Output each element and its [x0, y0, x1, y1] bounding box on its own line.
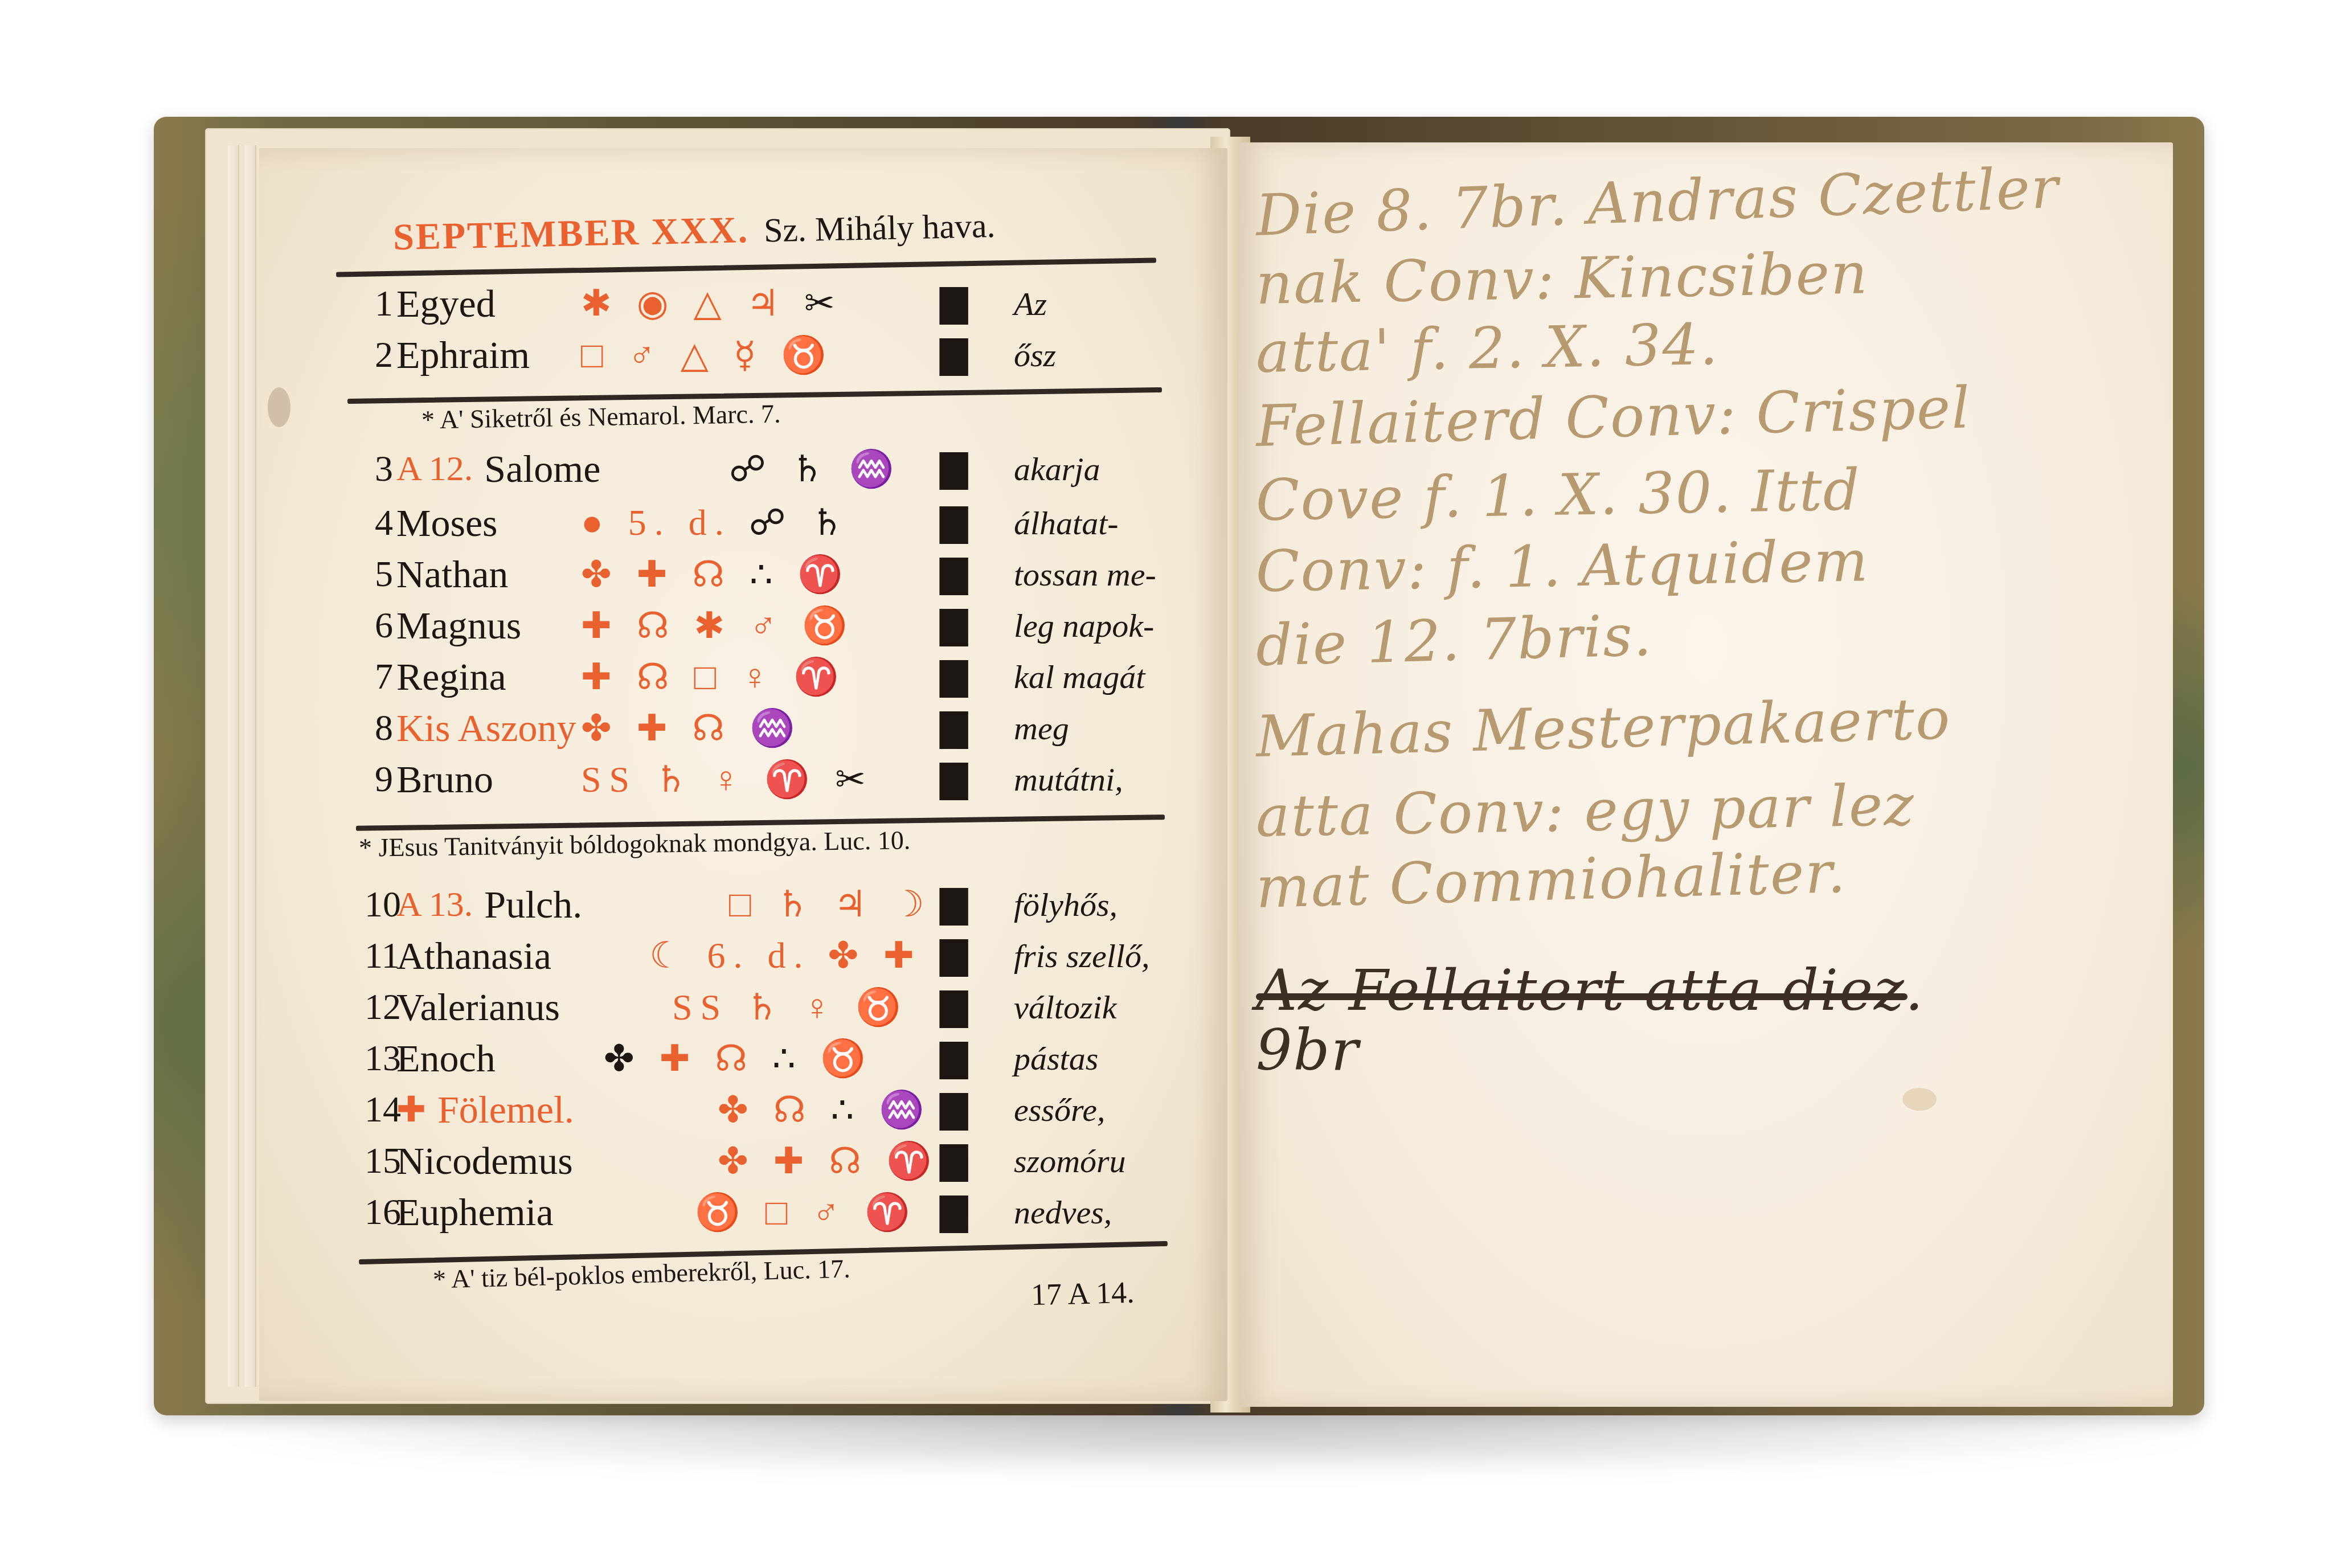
- aries-icon: ♈: [865, 1191, 918, 1234]
- saint-name: Nathan: [396, 552, 508, 597]
- crescent-moon-icon: ☾: [649, 935, 690, 977]
- verse-fragment: szomóru: [1014, 1142, 1126, 1180]
- saint-name: Salome: [484, 447, 600, 492]
- scissors-icon: ✂: [835, 759, 874, 801]
- taurus-icon: ♉: [695, 1191, 748, 1234]
- day-row: 13 Enoch ✤ ✚ ☊ ∴ ♉ ▇ pástas: [365, 1031, 1173, 1086]
- page-edge: [245, 145, 256, 1387]
- handwritten-line: atta Conv: egy par lez: [1255, 772, 1915, 850]
- saint-name: Egyed: [396, 281, 496, 326]
- venus-icon: ♀: [713, 759, 748, 801]
- astro-symbols: ✚ ☊ □ ♀ ♈: [581, 656, 847, 698]
- dots-icon: ∴: [750, 554, 781, 596]
- astro-symbols: ✤ ✚ ☊ ∴ ♉: [604, 1037, 874, 1080]
- node-icon: ☊: [773, 1089, 814, 1131]
- venus-icon: ♀: [741, 656, 776, 698]
- astro-symbols: ✤ ☊ ∴ ♒: [718, 1088, 932, 1131]
- saint-name: Enoch: [396, 1036, 496, 1081]
- full-moon-icon: ●: [581, 502, 611, 544]
- aries-icon: ♈: [886, 1140, 940, 1182]
- cross-icon: ✤: [604, 1038, 642, 1080]
- moon-phase-day: 5. d.: [628, 502, 732, 544]
- node-icon: ☊: [829, 1140, 869, 1182]
- handwritten-line: atta' f. 2. X. 34.: [1255, 311, 1720, 386]
- verse-fragment: tossan me-: [1014, 555, 1156, 593]
- zodiac-figure-icon: ▇: [940, 1088, 973, 1131]
- zodiac-figure-icon: ▇: [940, 883, 973, 926]
- handwritten-line: Conv: f. 1. Atquidem: [1255, 527, 1869, 605]
- verse-fragment: meg: [1014, 709, 1069, 747]
- zodiac-figure-icon: ▇: [940, 707, 973, 749]
- mars-icon: ♂: [628, 334, 664, 376]
- day-row: 7 Regina ✚ ☊ □ ♀ ♈ ▇ kal magát: [365, 649, 1173, 704]
- feast-cross-icon: ✚: [396, 1088, 426, 1131]
- astro-symbols: ✤ ✚ ☊ ∴ ♈: [581, 553, 852, 596]
- day-row: 2 Ephraim □ ♂ △ ☿ ♉ ▇ ősz: [365, 327, 1173, 382]
- handwritten-line: nak Conv: Kincsiben: [1255, 240, 1869, 317]
- saturn-icon: ♄: [776, 883, 817, 926]
- handwritten-line: die 12. 7bris.: [1255, 602, 1653, 679]
- astro-symbols: □ ♂ △ ☿ ♉: [581, 334, 834, 376]
- struck-handwritten-line: Az Fellaitert atta diez.: [1256, 957, 1925, 1024]
- verse-fragment: akarja: [1014, 450, 1100, 488]
- aquarius-icon: ♒: [750, 707, 803, 750]
- verse-fragment: nedves,: [1014, 1193, 1112, 1231]
- taurus-icon: ♉: [821, 1037, 874, 1080]
- day-number: 11: [365, 935, 393, 977]
- moon-quarter-icon: ☽: [891, 883, 932, 926]
- feast-name: Fölemel.: [437, 1087, 574, 1132]
- opposition-icon: ☍: [749, 502, 794, 544]
- saint-name: Bruno: [396, 757, 493, 802]
- page-edge: [228, 145, 239, 1387]
- zodiac-figure-icon: ▇: [940, 1191, 973, 1233]
- saturn-icon: ♄: [746, 986, 786, 1029]
- node-icon: ☊: [637, 605, 677, 647]
- saint-name: Regina: [396, 654, 506, 699]
- day-number: 9: [365, 758, 393, 800]
- day-row: 12 Valerianus SS ♄ ♀ ♉ ▇ változik: [365, 980, 1173, 1034]
- day-number: 12: [365, 986, 393, 1028]
- cross-icon: ✤: [581, 554, 620, 596]
- astro-symbols: SS ♄ ♀ ♈ ✂: [581, 758, 874, 801]
- zodiac-figure-icon: ▇: [940, 935, 973, 977]
- verse-fragment: Az: [1014, 285, 1047, 323]
- taurus-icon: ♉: [781, 334, 834, 376]
- square-aspect-icon: □: [729, 883, 759, 926]
- verse-fragment: ősz: [1014, 336, 1056, 374]
- cross-icon: ✤: [581, 707, 620, 750]
- saint-name: Magnus: [396, 603, 521, 648]
- trine-icon: △: [693, 283, 729, 325]
- cross-icon: ✚: [581, 605, 620, 647]
- catchword: 17 A 14.: [1030, 1275, 1135, 1313]
- day-row: 11 Athanasia ☾ 6. d. ✤ ✚ ▇ fris szellő,: [365, 928, 1173, 983]
- saint-name: Ephraim: [396, 333, 530, 378]
- feast-name: Kis Aszony: [396, 706, 576, 751]
- zodiac-figure-icon: ▇: [940, 334, 973, 376]
- verse-fragment: mutátni,: [1014, 760, 1123, 799]
- zodiac-figure-icon: ▇: [940, 502, 973, 544]
- node-icon: ☊: [637, 656, 677, 698]
- day-row: 5 Nathan ✤ ✚ ☊ ∴ ♈ ▇ tossan me-: [365, 547, 1173, 601]
- zodiac-figure-icon: ▇: [940, 1140, 973, 1182]
- cross-icon: ✚: [581, 656, 620, 698]
- sunday-marker: A 12.: [396, 449, 473, 489]
- day-row: 4 Moses ● 5. d. ☍ ♄ ▇ álhatat-: [365, 496, 1173, 550]
- day-number: 10: [365, 883, 393, 926]
- handwritten-line: Cove f. 1. X. 30. Ittd: [1255, 456, 1861, 534]
- cross-icon: ✚: [637, 554, 676, 596]
- saint-name: Valerianus: [396, 985, 560, 1030]
- aquarius-icon: ♒: [849, 448, 902, 490]
- jupiter-icon: ♃: [747, 283, 787, 325]
- saint-name: Moses: [396, 501, 498, 546]
- day-row: 3 A 12. Salome ☍ ♄ ♒ ▇ akarja: [365, 441, 1173, 496]
- zodiac-figure-icon: ▇: [940, 604, 973, 646]
- handwritten-line: 9br: [1256, 1017, 1359, 1083]
- dots-icon: ∴: [830, 1089, 862, 1131]
- taurus-icon: ♉: [802, 604, 856, 647]
- mars-icon: ♂: [812, 1192, 848, 1234]
- cross-icon: ✚: [773, 1140, 812, 1182]
- cross-icon: ✚: [883, 935, 922, 977]
- day-number: 7: [365, 656, 393, 698]
- verse-fragment: változik: [1014, 988, 1116, 1026]
- trine-icon: △: [681, 334, 717, 376]
- day-number: 14: [365, 1088, 393, 1131]
- mars-icon: ♂: [750, 605, 785, 647]
- day-number: 15: [365, 1140, 393, 1182]
- saturn-icon: ♄: [654, 759, 695, 801]
- cross-icon: ✚: [637, 707, 676, 750]
- jupiter-icon: ♃: [834, 883, 874, 926]
- square-aspect-icon: □: [581, 334, 611, 376]
- zodiac-figure-icon: ▇: [940, 656, 973, 698]
- saturn-icon: ♄: [791, 448, 832, 490]
- paper-stain: [268, 387, 290, 427]
- taurus-icon: ♉: [856, 986, 910, 1029]
- node-icon: ☊: [692, 554, 732, 596]
- astro-symbols: ☾ 6. d. ✤ ✚: [649, 935, 922, 977]
- verse-fragment: fris szellő,: [1014, 937, 1150, 975]
- aries-icon: ♈: [793, 656, 847, 698]
- sunday-letters: SS: [672, 986, 728, 1029]
- saint-name: Nicodemus: [396, 1139, 573, 1184]
- node-icon: ☊: [715, 1038, 755, 1080]
- day-number: 2: [365, 334, 393, 376]
- scissors-icon: ✂: [804, 283, 843, 325]
- astro-symbols: ✚ ☊ ✱ ♂ ♉: [581, 604, 856, 647]
- zodiac-figure-icon: ▇: [940, 448, 973, 490]
- astro-symbols: ☍ ♄ ♒: [729, 448, 902, 490]
- asterisk-icon: ✱: [581, 283, 620, 325]
- asterisk-icon: ✱: [694, 605, 732, 647]
- day-number: 16: [365, 1191, 393, 1233]
- square-aspect-icon: □: [766, 1192, 796, 1234]
- zodiac-figure-icon: ▇: [940, 1037, 973, 1079]
- verse-fragment: fölyhős,: [1014, 886, 1118, 924]
- sun-icon: ◉: [637, 283, 677, 325]
- zodiac-figure-icon: ▇: [940, 553, 973, 595]
- opposition-icon: ☍: [729, 448, 774, 490]
- day-row: 8 Kis Aszony ✤ ✚ ☊ ♒ ▇ meg: [365, 701, 1173, 755]
- verse-fragment: kal magát: [1014, 658, 1145, 696]
- venus-icon: ♀: [804, 986, 839, 1029]
- astro-symbols: ♉ □ ♂ ♈: [695, 1191, 918, 1234]
- astro-symbols: ✤ ✚ ☊ ♈: [718, 1140, 940, 1182]
- verse-fragment: álhatat-: [1014, 504, 1119, 542]
- astro-symbols: ✤ ✚ ☊ ♒: [581, 707, 803, 750]
- day-row: 15 Nicodemus ✤ ✚ ☊ ♈ ▇ szomóru: [365, 1133, 1173, 1188]
- day-number: 4: [365, 502, 393, 544]
- verse-fragment: leg napok-: [1014, 607, 1154, 645]
- day-row: 16 Euphemia ♉ □ ♂ ♈ ▇ nedves,: [365, 1185, 1173, 1239]
- cross-icon: ✤: [718, 1140, 756, 1182]
- day-number: 3: [365, 448, 393, 490]
- sunday-marker: A 13.: [396, 885, 473, 925]
- moon-phase-day: 6. d.: [707, 935, 811, 977]
- aries-icon: ♈: [798, 553, 852, 596]
- aries-icon: ♈: [765, 758, 818, 801]
- astro-symbols: ✱ ◉ △ ♃ ✂: [581, 283, 843, 325]
- day-number: 5: [365, 553, 393, 595]
- day-number: 6: [365, 604, 393, 646]
- square-aspect-icon: □: [694, 656, 724, 698]
- dots-icon: ∴: [772, 1038, 804, 1080]
- astro-symbols: ● 5. d. ☍ ♄: [581, 502, 852, 544]
- zodiac-figure-icon: ▇: [940, 283, 973, 325]
- astro-symbols: □ ♄ ♃ ☽: [729, 883, 932, 926]
- month-title: SEPTEMBER XXX.: [392, 208, 750, 259]
- gospel-reference: * A' Siketről és Nemarol. Marc. 7.: [421, 399, 781, 435]
- day-row: 6 Magnus ✚ ☊ ✱ ♂ ♉ ▇ leg napok-: [365, 598, 1173, 653]
- day-row: 9 Bruno SS ♄ ♀ ♈ ✂ ▇ mutátni,: [365, 752, 1173, 806]
- saint-name: Euphemia: [396, 1190, 554, 1235]
- cross-icon: ✤: [828, 935, 866, 977]
- verse-fragment: pástas: [1014, 1039, 1098, 1078]
- day-row: 10 A 13. Pulch. □ ♄ ♃ ☽ ▇ fölyhős,: [365, 877, 1173, 932]
- mercury-icon: ☿: [734, 334, 764, 376]
- ink-blot: [1902, 1088, 1937, 1111]
- aquarius-icon: ♒: [879, 1088, 932, 1131]
- day-number: 13: [365, 1037, 393, 1079]
- zodiac-figure-icon: ▇: [940, 986, 973, 1028]
- saturn-icon: ♄: [811, 502, 851, 544]
- cross-icon: ✤: [718, 1089, 756, 1131]
- day-number: 8: [365, 707, 393, 749]
- astro-symbols: SS ♄ ♀ ♉: [672, 986, 909, 1029]
- cross-icon: ✚: [660, 1038, 698, 1080]
- verse-fragment: essőre,: [1014, 1091, 1106, 1129]
- saint-name: Pulch.: [484, 882, 582, 927]
- saint-name: Athanasia: [396, 934, 551, 979]
- day-row: 14 ✚ Fölemel. ✤ ☊ ∴ ♒ ▇ essőre,: [365, 1082, 1173, 1137]
- day-row: 1 Egyed ✱ ◉ △ ♃ ✂ ▇ Az: [365, 276, 1173, 331]
- sunday-letters: SS: [581, 759, 637, 801]
- month-hungarian-name: Sz. Mihály hava.: [763, 206, 996, 250]
- day-number: 1: [365, 283, 393, 325]
- zodiac-figure-icon: ▇: [940, 758, 973, 800]
- node-icon: ☊: [692, 707, 732, 750]
